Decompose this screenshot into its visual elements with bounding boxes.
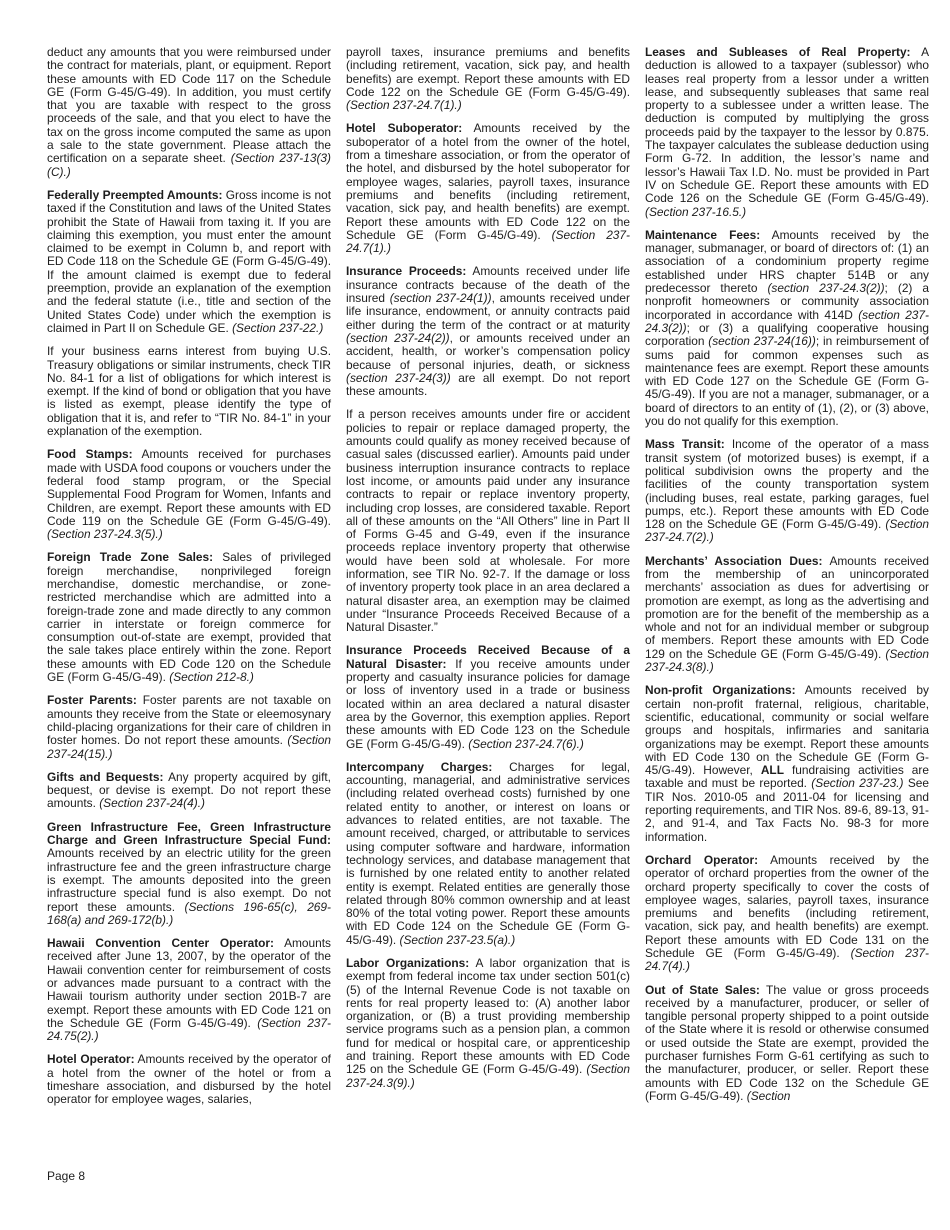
paragraph: Merchants’ Association Dues: Amounts rec… [645,555,929,675]
topic-heading: Hotel Suboperator: [346,121,462,135]
paragraph: If your business earns interest from buy… [47,345,331,438]
paragraph: Labor Organizations: A labor organizatio… [346,957,630,1090]
topic-heading: Intercompany Charges: [346,760,492,774]
paragraph: Leases and Subleases of Real Property: A… [645,46,929,219]
paragraph: Foreign Trade Zone Sales: Sales of privi… [47,551,331,684]
section-citation: (Section 237-24(4).) [99,796,205,810]
topic-heading: Non-profit Organizations: [645,683,796,697]
section-citation: (section 237-24(1)) [390,291,492,305]
topic-heading: Insurance Proceeds: [346,264,466,278]
topic-heading: Hawaii Convention Center Operator: [47,936,274,950]
section-citation: (section 237-24.3(2)) [767,281,884,295]
paragraph-text: Amounts received from the membership of … [645,554,929,661]
section-citation: (section 237-24(2)) [346,331,450,345]
document-page: deduct any amounts that you were reimbur… [47,46,925,1107]
paragraph-text: Charges for legal, accounting, manageria… [346,760,630,947]
paragraph: Mass Transit: Income of the operator of … [645,438,929,544]
topic-heading: Mass Transit: [645,437,725,451]
paragraph: Intercompany Charges: Charges for legal,… [346,761,630,947]
section-citation: (Section 237-16.5.) [645,205,746,219]
topic-heading: Out of State Sales: [645,983,760,997]
paragraph-text: A labor organization that is exempt from… [346,956,630,1076]
paragraph: Insurance Proceeds Received Because of a… [346,644,630,750]
section-citation: (Section 237-22.) [232,321,323,335]
paragraph: deduct any amounts that you were reimbur… [47,46,331,179]
topic-heading: Merchants’ Association Dues: [645,554,822,568]
paragraph: Non-profit Organizations: Amounts receiv… [645,684,929,844]
section-citation: (Section 237-23.5(a).) [400,933,516,947]
paragraph: Out of State Sales: The value or gross p… [645,984,929,1104]
topic-heading: Foster Parents: [47,693,137,707]
section-citation: (Section 237-24.7(1).) [346,98,462,112]
section-citation: (Section 212-8.) [169,670,254,684]
paragraph: If a person receives amounts under fire … [346,408,630,634]
topic-heading: Orchard Operator: [645,853,758,867]
paragraph-text: deduct any amounts that you were reimbur… [47,45,331,165]
section-citation: (Section [747,1089,791,1103]
page-number: Page 8 [47,1170,85,1183]
section-citation: (section 237-24(16)) [708,334,816,348]
paragraph: Hotel Suboperator: Amounts received by t… [346,122,630,255]
topic-heading: Gifts and Bequests: [47,770,163,784]
topic-heading: Labor Organizations: [346,956,469,970]
paragraph: Foster Parents: Foster parents are not t… [47,694,331,760]
paragraph-text: If a person receives amounts under fire … [346,407,630,634]
topic-heading: Federally Preempted Amounts: [47,188,222,202]
paragraph-text: Gross income is not taxed if the Constit… [47,188,331,335]
bold-text: ALL [761,763,784,777]
paragraph-text: Amounts received by the operator of orch… [645,853,929,960]
paragraph-text: If your business earns interest from buy… [47,344,331,438]
topic-heading: Hotel Operator: [47,1052,135,1066]
paragraph: payroll taxes, insurance premiums and be… [346,46,630,112]
paragraph: Hotel Operator: Amounts received by the … [47,1053,331,1106]
paragraph: Hawaii Convention Center Operator: Amoun… [47,937,331,1043]
paragraph: Federally Preempted Amounts: Gross incom… [47,189,331,335]
section-citation: (Section 237-23.) [811,776,903,790]
text-column-3: Leases and Subleases of Real Property: A… [645,46,929,1107]
paragraph-text: payroll taxes, insurance premiums and be… [346,45,630,99]
section-citation: (section 237-24(3)) [346,371,451,385]
paragraph: Gifts and Bequests: Any property acquire… [47,771,331,811]
paragraph-text: ; in reimbursement of sums paid for comm… [645,334,929,428]
text-column-2: payroll taxes, insurance premiums and be… [346,46,630,1107]
section-citation: (Section 237-24.3(5).) [47,527,163,541]
paragraph: Orchard Operator: Amounts received by th… [645,854,929,974]
paragraph: Insurance Proceeds: Amounts received und… [346,265,630,398]
paragraph-text: Sales of privileged foreign merchandise,… [47,550,331,684]
section-citation: (Section 237-24.7(6).) [468,737,584,751]
paragraph: Food Stamps: Amounts received for purcha… [47,448,331,541]
topic-heading: Foreign Trade Zone Sales: [47,550,213,564]
topic-heading: Leases and Subleases of Real Property: [645,45,911,59]
topic-heading: Food Stamps: [47,447,133,461]
paragraph: Maintenance Fees: Amounts received by th… [645,229,929,428]
topic-heading: Green Infrastructure Fee, Green Infrastr… [47,820,331,847]
text-column-1: deduct any amounts that you were reimbur… [47,46,331,1107]
paragraph: Green Infrastructure Fee, Green Infrastr… [47,821,331,927]
paragraph-text: The value or gross proceeds received by … [645,983,929,1103]
paragraph-text: A deduction is allowed to a taxpayer (su… [645,45,929,205]
paragraph-text: Amounts received by the suboperator of a… [346,121,630,241]
topic-heading: Maintenance Fees: [645,228,760,242]
